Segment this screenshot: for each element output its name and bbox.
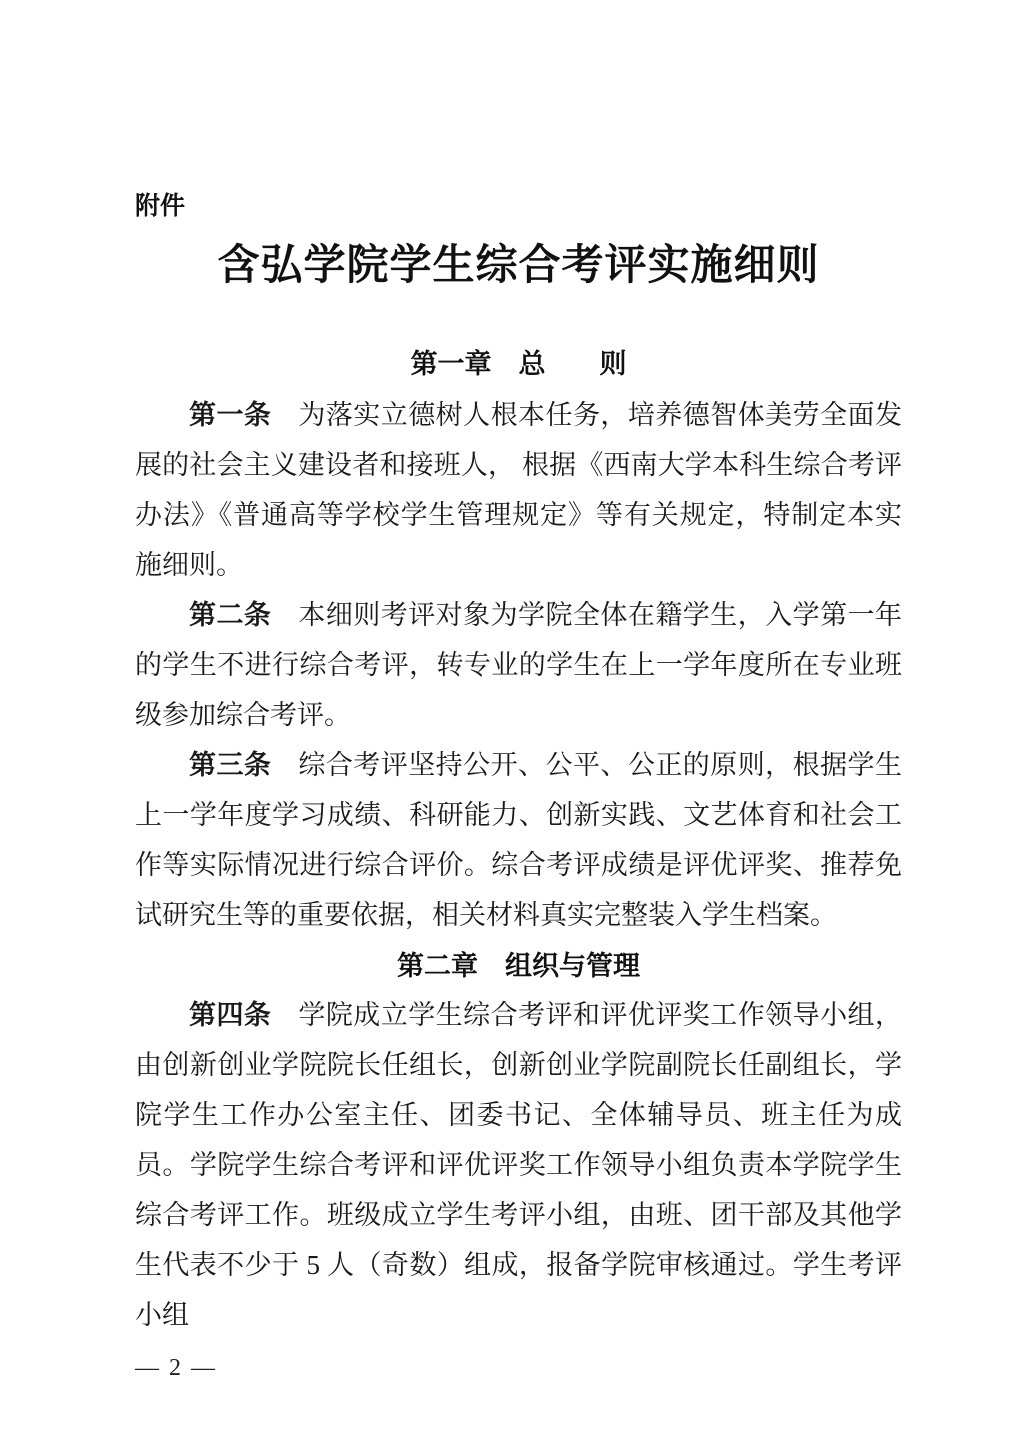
document-page: 附件 含弘学院学生综合考评实施细则 第一章 总 则 第一条为落实立德树人根本任务… bbox=[0, 0, 1024, 1447]
chapter-2-heading: 第二章 组织与管理 bbox=[135, 948, 902, 984]
article-2-term: 第二条 bbox=[189, 600, 271, 630]
page-number: — 2 — bbox=[135, 1352, 902, 1384]
article-3-term: 第三条 bbox=[189, 750, 271, 780]
article-1: 第一条为落实立德树人根本任务，培养德智体美劳全面发展的社会主义建设者和接班人， … bbox=[135, 390, 902, 590]
article-2: 第二条本细则考评对象为学院全体在籍学生，入学第一年的学生不进行综合考评，转专业的… bbox=[135, 590, 902, 740]
attachment-label: 附件 bbox=[135, 190, 902, 222]
article-4-term: 第四条 bbox=[189, 1000, 271, 1030]
article-4: 第四条学院成立学生综合考评和评优评奖工作领导小组，由创新创业学院院长任组长，创新… bbox=[135, 990, 902, 1340]
article-4-text: 学院成立学生综合考评和评优评奖工作领导小组，由创新创业学院院长任组长，创新创业学… bbox=[135, 1000, 902, 1330]
article-1-term: 第一条 bbox=[189, 400, 271, 430]
article-3: 第三条综合考评坚持公开、公平、公正的原则，根据学生上一学年度学习成绩、科研能力、… bbox=[135, 740, 902, 940]
chapter-1-heading: 第一章 总 则 bbox=[135, 346, 902, 382]
document-title: 含弘学院学生综合考评实施细则 bbox=[135, 238, 902, 294]
